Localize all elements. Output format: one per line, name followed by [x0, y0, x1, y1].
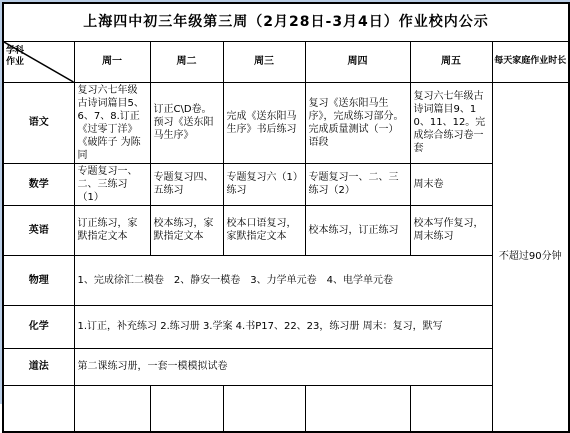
page-title: 上海四中初三年级第三周（2月28日-3月4日）作业校内公示	[3, 3, 569, 41]
header-wednesday: 周三	[223, 41, 305, 82]
table-row-physics: 物理 1、完成徐汇二模卷 2、静安一模卷 3、力学单元卷 4、电学单元卷	[3, 255, 569, 305]
homework-cell: 完成《送东阳马生序》书后练习	[223, 82, 305, 163]
subject-cell-physics: 物理	[3, 255, 74, 305]
subject-cell-empty	[3, 385, 74, 432]
subject-cell-math: 数学	[3, 163, 74, 205]
homework-cell: 专题复习一、二、三练习（2）	[305, 163, 410, 205]
header-daily-duration: 每天家庭作业时长	[492, 41, 569, 82]
header-thursday: 周四	[305, 41, 410, 82]
homework-cell: 复习六七年级古诗词篇目5、6、7、8.订正《过零丁洋》《破阵子 为陈同	[74, 82, 150, 163]
header-tuesday: 周二	[150, 41, 223, 82]
duration-value-cell: 不超过90分钟	[492, 82, 569, 432]
homework-cell: 订正练习，家默指定文本	[74, 205, 150, 255]
homework-cell: 校本练习，家默指定文本	[150, 205, 223, 255]
homework-cell: 专题复习一、二、三练习（1）	[74, 163, 150, 205]
corner-label-subject: 学科	[6, 46, 24, 57]
homework-cell: 订正C\D卷。预习《送东阳马生序》	[150, 82, 223, 163]
homework-cell: 校本写作复习，周末练习	[410, 205, 492, 255]
empty-cell	[150, 385, 223, 432]
table-row-math: 数学 专题复习一、二、三练习（1） 专题复习四、五练习 专题复习六（1）练习 专…	[3, 163, 569, 205]
subject-cell-morality-law: 道法	[3, 348, 74, 385]
table-row-morality-law: 道法 第二课练习册，一套一模模拟试卷	[3, 348, 569, 385]
empty-cell	[74, 385, 150, 432]
corner-header-cell: 学科 作业	[3, 41, 74, 82]
table-row-chemistry: 化学 1.订正，补充练习 2.练习册 3.学案 4.书P17、22、23，练习册…	[3, 305, 569, 348]
homework-cell-merged: 第二课练习册，一套一模模拟试卷	[74, 348, 492, 385]
header-friday: 周五	[410, 41, 492, 82]
homework-cell-merged: 1、完成徐汇二模卷 2、静安一模卷 3、力学单元卷 4、电学单元卷	[74, 255, 492, 305]
subject-cell-english: 英语	[3, 205, 74, 255]
table-row-chinese: 语文 复习六七年级古诗词篇目5、6、7、8.订正《过零丁洋》《破阵子 为陈同 订…	[3, 82, 569, 163]
homework-cell-merged: 1.订正，补充练习 2.练习册 3.学案 4.书P17、22、23，练习册 周末…	[74, 305, 492, 348]
subject-cell-chemistry: 化学	[3, 305, 74, 348]
header-monday: 周一	[74, 41, 150, 82]
corner-label-homework: 作业	[6, 57, 24, 68]
subject-cell-chinese: 语文	[3, 82, 74, 163]
empty-cell	[410, 385, 492, 432]
homework-notice-table: 上海四中初三年级第三周（2月28日-3月4日）作业校内公示 学科 作业 周一 周…	[2, 2, 570, 433]
homework-cell: 复习六七年级古诗词篇目9、10、11、12。完成综合练习卷一套	[410, 82, 492, 163]
homework-cell: 专题复习六（1）练习	[223, 163, 305, 205]
table-row-empty	[3, 385, 569, 432]
empty-cell	[305, 385, 410, 432]
empty-cell	[223, 385, 305, 432]
homework-cell: 校本练习，订正练习	[305, 205, 410, 255]
homework-cell: 周末卷	[410, 163, 492, 205]
table-row-english: 英语 订正练习，家默指定文本 校本练习，家默指定文本 校本口语复习，家默指定文本…	[3, 205, 569, 255]
homework-cell: 专题复习四、五练习	[150, 163, 223, 205]
homework-cell: 复习《送东阳马生序》，完成练习部分。完成质量测试（一）语段	[305, 82, 410, 163]
homework-cell: 校本口语复习，家默指定文本	[223, 205, 305, 255]
